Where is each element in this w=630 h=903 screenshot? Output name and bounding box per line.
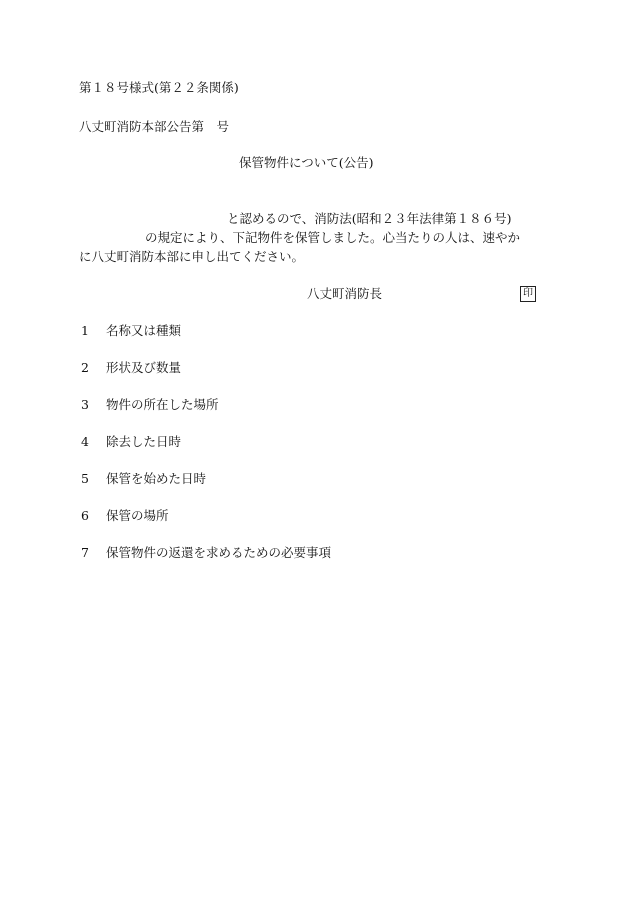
form-label: 第１８号様式(第２２条関係) xyxy=(79,80,239,96)
body-line-3: に八丈町消防本部に申し出てください。 xyxy=(79,249,304,265)
item-number: 1 xyxy=(81,323,89,339)
item-number: 5 xyxy=(81,471,89,487)
document-title: 保管物件について(公告) xyxy=(239,155,374,171)
item-label: 保管物件の返還を求めるための必要事項 xyxy=(106,545,331,561)
item-label: 物件の所在した場所 xyxy=(106,397,219,413)
item-number: 6 xyxy=(81,508,89,524)
document-page: 第１８号様式(第２２条関係) 八丈町消防本部公告第 号 保管物件について(公告)… xyxy=(0,0,630,903)
item-number: 2 xyxy=(81,360,89,376)
item-label: 保管を始めた日時 xyxy=(106,471,206,487)
item-label: 保管の場所 xyxy=(106,508,169,524)
item-label: 名称又は種類 xyxy=(106,323,181,339)
item-label: 除去した日時 xyxy=(106,434,181,450)
signatory: 八丈町消防長 xyxy=(307,286,382,302)
item-number: 7 xyxy=(81,545,89,561)
notice-number: 八丈町消防本部公告第 号 xyxy=(79,119,229,135)
item-label: 形状及び数量 xyxy=(106,360,181,376)
seal-stamp: 印 xyxy=(520,286,536,302)
item-number: 4 xyxy=(81,434,89,450)
body-line-1: と認めるので、消防法(昭和２３年法律第１８６号) xyxy=(227,211,512,227)
item-number: 3 xyxy=(81,397,89,413)
body-line-2: の規定により、下記物件を保管しました。心当たりの人は、速やか xyxy=(145,230,520,246)
